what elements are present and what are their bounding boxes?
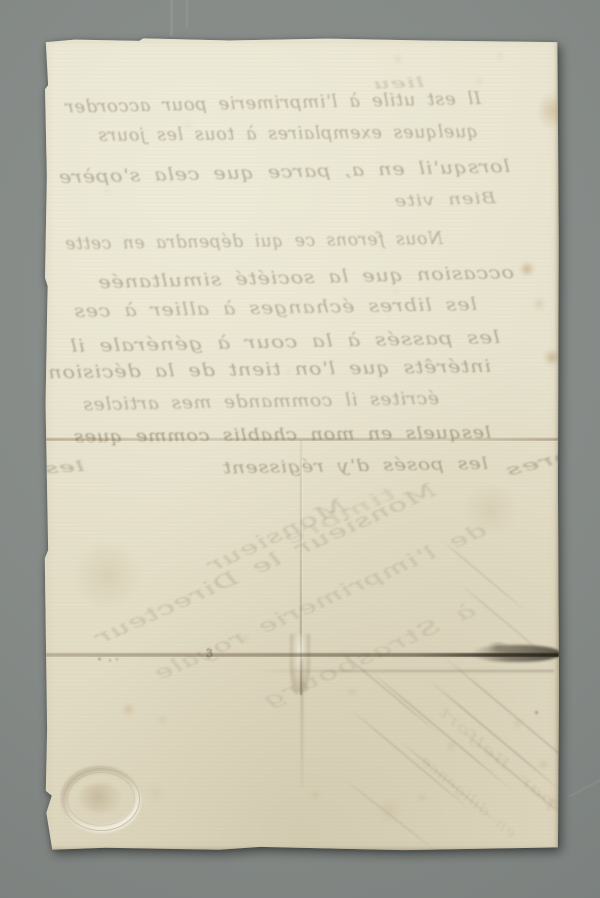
foxing-stain — [520, 262, 534, 276]
letter-verso-page: lieuIl est utile à l'imprimerie pour acc… — [44, 38, 559, 851]
foxing-stain — [284, 368, 293, 376]
foxing-stain — [418, 794, 426, 801]
backdrop-scratch — [170, 0, 173, 36]
foxing-stain — [534, 710, 539, 715]
backdrop-scratch — [568, 776, 600, 797]
foxing-stain — [540, 88, 568, 134]
foxing-stain — [184, 122, 192, 129]
foxing-stain — [393, 55, 403, 63]
foxing-stain — [543, 350, 561, 365]
foxing-stain — [348, 688, 356, 695]
foxing-stain — [311, 791, 320, 799]
foxing-stain — [446, 742, 456, 750]
foxing-stain — [158, 716, 167, 724]
foxing-stain — [474, 78, 483, 86]
foxing-stain — [144, 783, 168, 803]
photo-backdrop: lieuIl est utile à l'imprimerie pour acc… — [0, 0, 600, 898]
foxing-stain — [70, 543, 145, 608]
letter-paper-wrap: lieuIl est utile à l'imprimerie pour acc… — [44, 38, 559, 851]
embossed-seal-motif — [79, 783, 121, 813]
foxing-stain-layer — [44, 38, 559, 851]
foxing-stain — [240, 848, 254, 859]
foxing-stain — [538, 760, 549, 769]
backdrop-scratch — [186, 0, 188, 28]
foxing-stain — [513, 720, 522, 728]
foxing-stain — [374, 798, 404, 822]
foxing-stain — [97, 657, 102, 661]
foxing-stain — [392, 288, 400, 295]
embossed-seal — [62, 767, 140, 831]
foxing-stain — [496, 52, 504, 59]
foxing-stain — [484, 642, 512, 652]
foxing-stain — [533, 298, 545, 310]
foxing-stain — [122, 704, 135, 715]
foxing-stain — [460, 486, 520, 534]
foxing-stain — [240, 634, 250, 643]
foxing-stain — [108, 659, 112, 662]
foxing-stain — [547, 796, 564, 809]
foxing-stain — [104, 188, 111, 194]
foxing-stain — [115, 658, 119, 661]
fold-number-mark: 3 — [206, 648, 213, 659]
